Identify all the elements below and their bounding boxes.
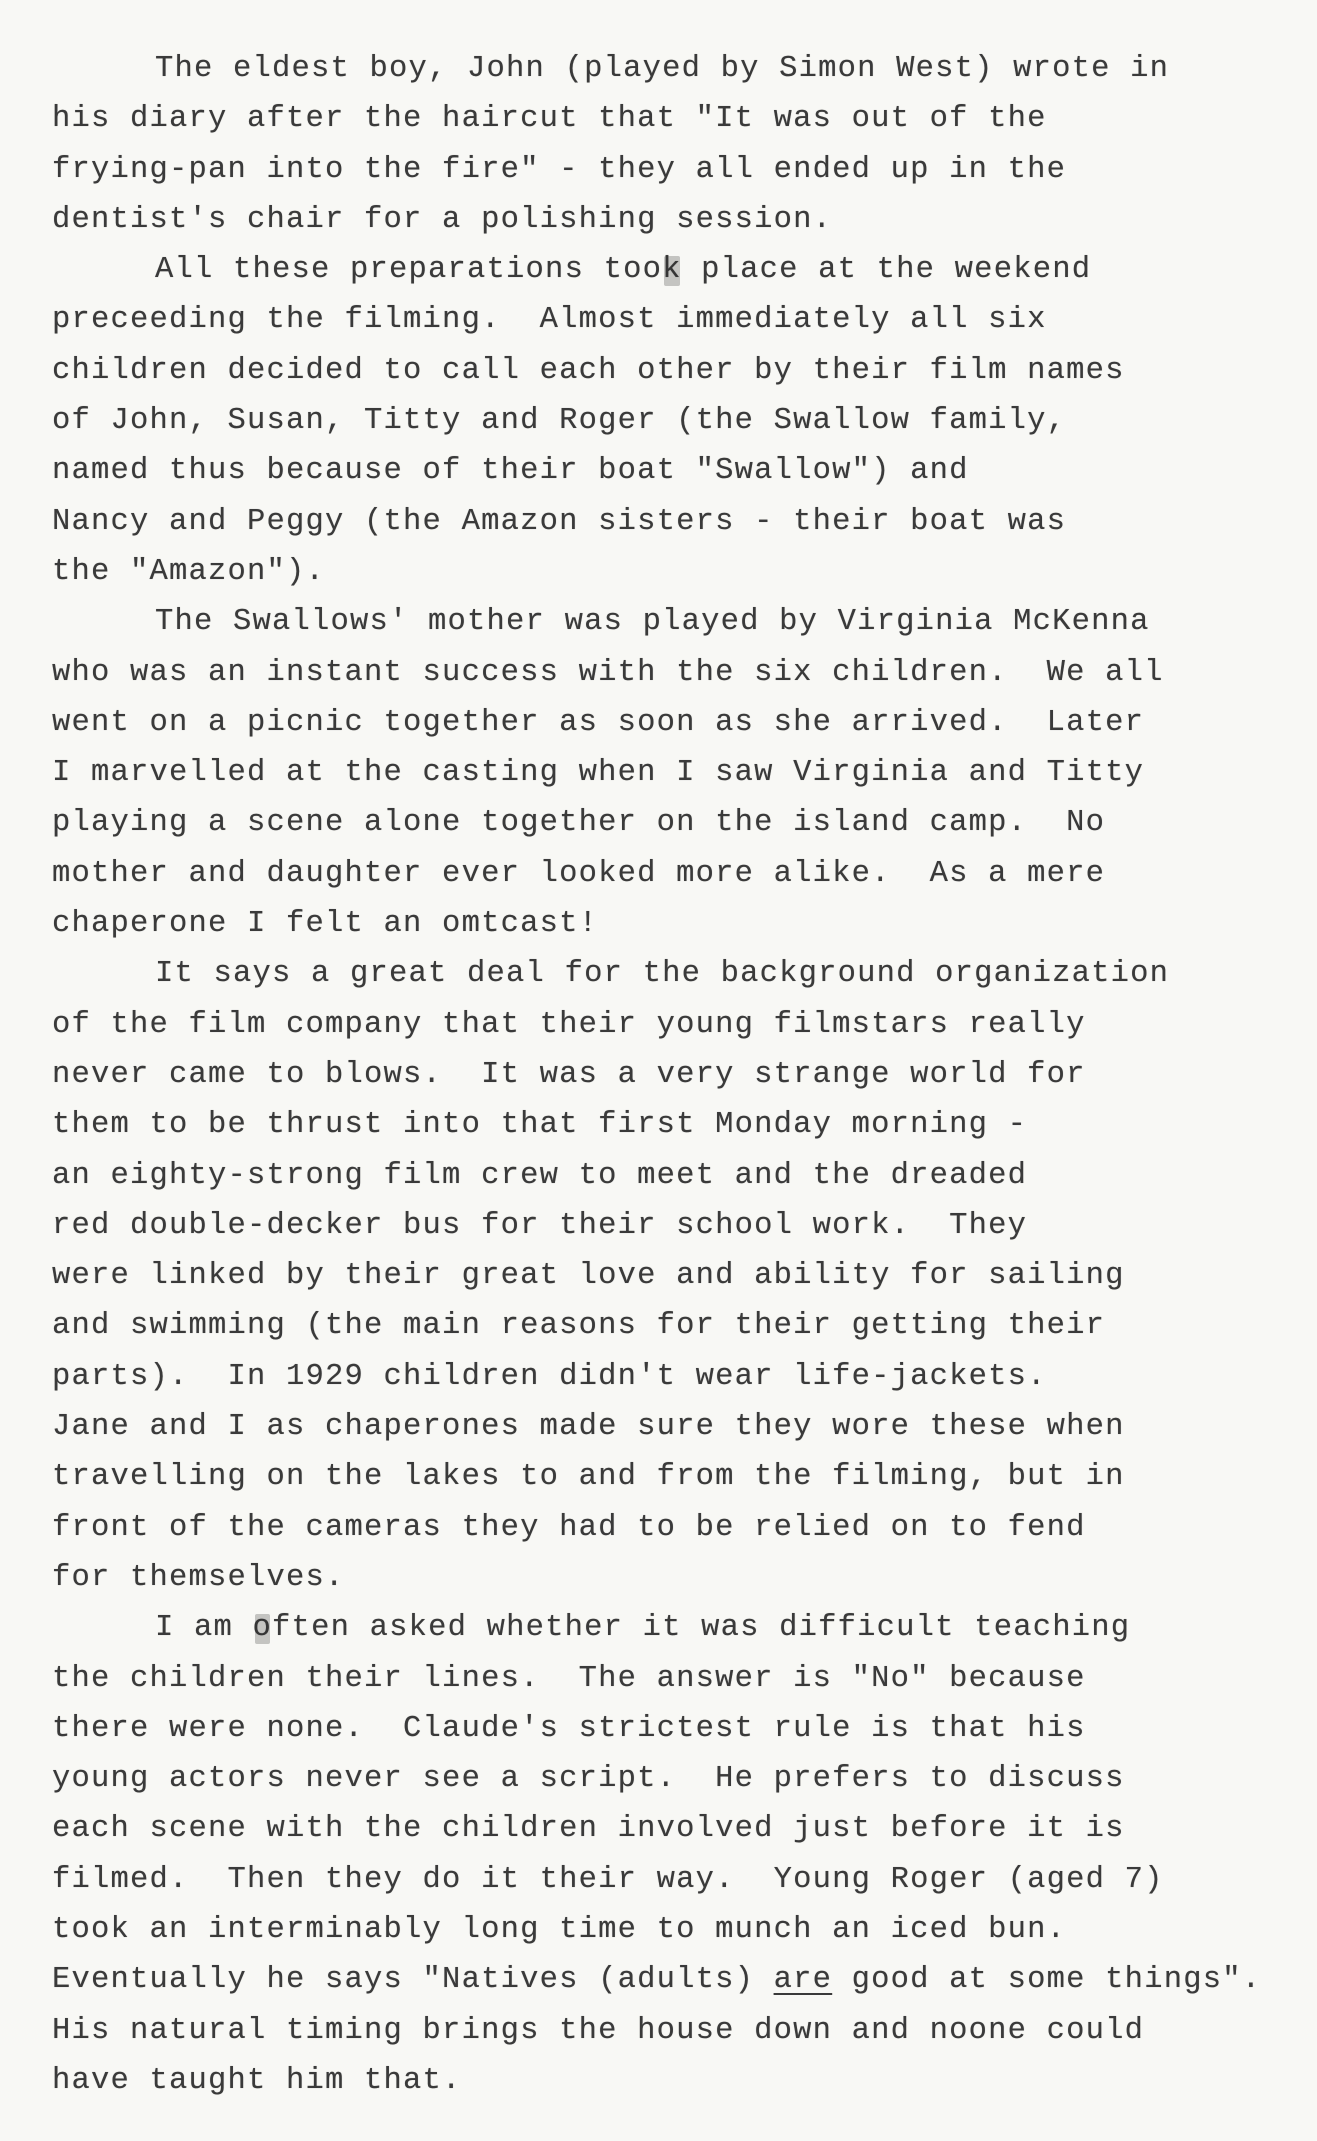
text-line: young actors never see a script. He pref… [52, 1754, 1317, 1804]
text-line: took an interminably long time to munch … [52, 1905, 1317, 1955]
text-line: the "Amazon"). [52, 547, 1317, 597]
text-line: The eldest boy, John (played by Simon We… [52, 44, 1317, 94]
overtyped-word: k [662, 245, 682, 295]
text-line: an eighty-strong film crew to meet and t… [52, 1151, 1317, 1201]
text-line: filmed. Then they do it their way. Young… [52, 1855, 1317, 1905]
paragraph: I am often asked whether it was difficul… [52, 1603, 1317, 2106]
document-body: The eldest boy, John (played by Simon We… [52, 44, 1317, 2106]
text-line: It says a great deal for the background … [52, 949, 1317, 999]
text-line: were linked by their great love and abil… [52, 1251, 1317, 1301]
text-line: for themselves. [52, 1553, 1317, 1603]
text-line: I marvelled at the casting when I saw Vi… [52, 748, 1317, 798]
text-line: went on a picnic together as soon as she… [52, 698, 1317, 748]
text-line: All these preparations took place at the… [52, 245, 1317, 295]
underlined-word: are [774, 1963, 833, 1997]
text-line: and swimming (the main reasons for their… [52, 1301, 1317, 1351]
text-line: have taught him that. [52, 2056, 1317, 2106]
paragraph: It says a great deal for the background … [52, 949, 1317, 1603]
text-line: chaperone I felt an omtcast! [52, 899, 1317, 949]
text-line: preceeding the filming. Almost immediate… [52, 295, 1317, 345]
text-line: them to be thrust into that first Monday… [52, 1100, 1317, 1150]
text-line: there were none. Claude's strictest rule… [52, 1704, 1317, 1754]
text-line: his diary after the haircut that "It was… [52, 94, 1317, 144]
paragraph: The eldest boy, John (played by Simon We… [52, 44, 1317, 245]
text-line: frying-pan into the fire" - they all end… [52, 145, 1317, 195]
text-line: His natural timing brings the house down… [52, 2006, 1317, 2056]
text-line: The Swallows' mother was played by Virgi… [52, 597, 1317, 647]
paragraph: All these preparations took place at the… [52, 245, 1317, 597]
text-line: mother and daughter ever looked more ali… [52, 849, 1317, 899]
text-line: playing a scene alone together on the is… [52, 798, 1317, 848]
text-line: of John, Susan, Titty and Roger (the Swa… [52, 396, 1317, 446]
text-line: named thus because of their boat "Swallo… [52, 446, 1317, 496]
text-line: I am often asked whether it was difficul… [52, 1603, 1317, 1653]
text-line: red double-decker bus for their school w… [52, 1201, 1317, 1251]
text-line: children decided to call each other by t… [52, 346, 1317, 396]
text-line: who was an instant success with the six … [52, 648, 1317, 698]
text-line: Nancy and Peggy (the Amazon sisters - th… [52, 497, 1317, 547]
text-line: front of the cameras they had to be reli… [52, 1503, 1317, 1553]
text-line: each scene with the children involved ju… [52, 1804, 1317, 1854]
paragraph: The Swallows' mother was played by Virgi… [52, 597, 1317, 949]
overtyped-word: o [253, 1603, 273, 1653]
text-line: Eventually he says "Natives (adults) are… [52, 1955, 1317, 2005]
text-line: Jane and I as chaperones made sure they … [52, 1402, 1317, 1452]
text-line: travelling on the lakes to and from the … [52, 1452, 1317, 1502]
text-line: parts). In 1929 children didn't wear lif… [52, 1352, 1317, 1402]
text-line: of the film company that their young fil… [52, 1000, 1317, 1050]
text-line: dentist's chair for a polishing session. [52, 195, 1317, 245]
text-line: the children their lines. The answer is … [52, 1654, 1317, 1704]
text-line: never came to blows. It was a very stran… [52, 1050, 1317, 1100]
typewritten-page: The eldest boy, John (played by Simon We… [0, 0, 1317, 2141]
